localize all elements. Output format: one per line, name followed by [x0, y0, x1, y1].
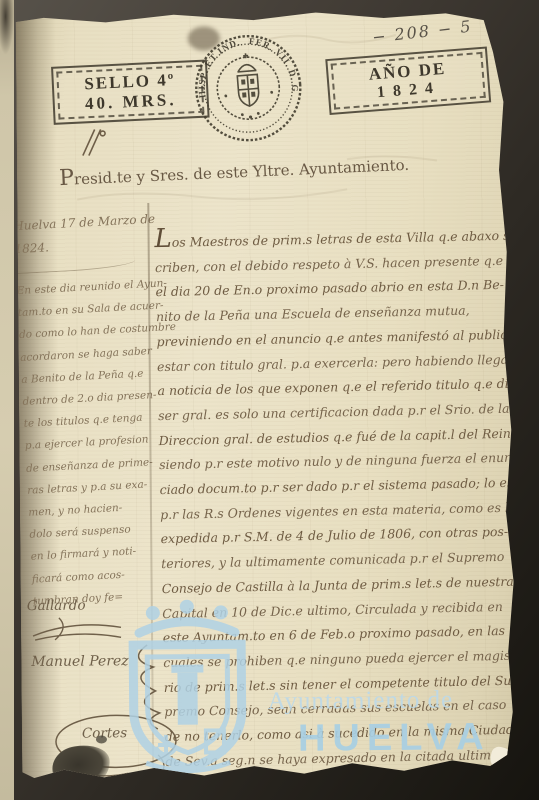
salutation-line: Presid.te y Sres. de este Yltre. Ayuntam…: [59, 150, 420, 191]
crowned-arms-icon: [221, 51, 275, 120]
manuscript-page: − 208 − 5 SELLO 4º 40. MRS. HISP. ET IND…: [16, 10, 517, 788]
previous-page-edge: [0, 0, 14, 800]
huelva-crest-icon: [111, 598, 265, 787]
watermark-line2: HUELVA: [298, 716, 491, 761]
ink-blot-dot: [96, 735, 107, 743]
binding-smudge: [0, 0, 14, 55]
torn-paper-chip: [488, 745, 519, 774]
paraph-flourish: [75, 125, 109, 159]
sello-stamp-box: SELLO 4º 40. MRS.: [51, 60, 210, 125]
margin-note: Huelva 17 de Marzo de 1824. En este dia …: [13, 208, 162, 612]
scanned-manuscript: − 208 − 5 SELLO 4º 40. MRS. HISP. ET IND…: [0, 0, 539, 800]
ano-stamp-box: AÑO DE 1824: [325, 46, 491, 115]
folio-number: − 208 − 5: [371, 13, 502, 47]
royal-seal-icon: HISP. ET IND. R. FER. VII. D. G.: [188, 28, 308, 148]
watermark-line1: Ayuntamiento de: [268, 686, 454, 716]
